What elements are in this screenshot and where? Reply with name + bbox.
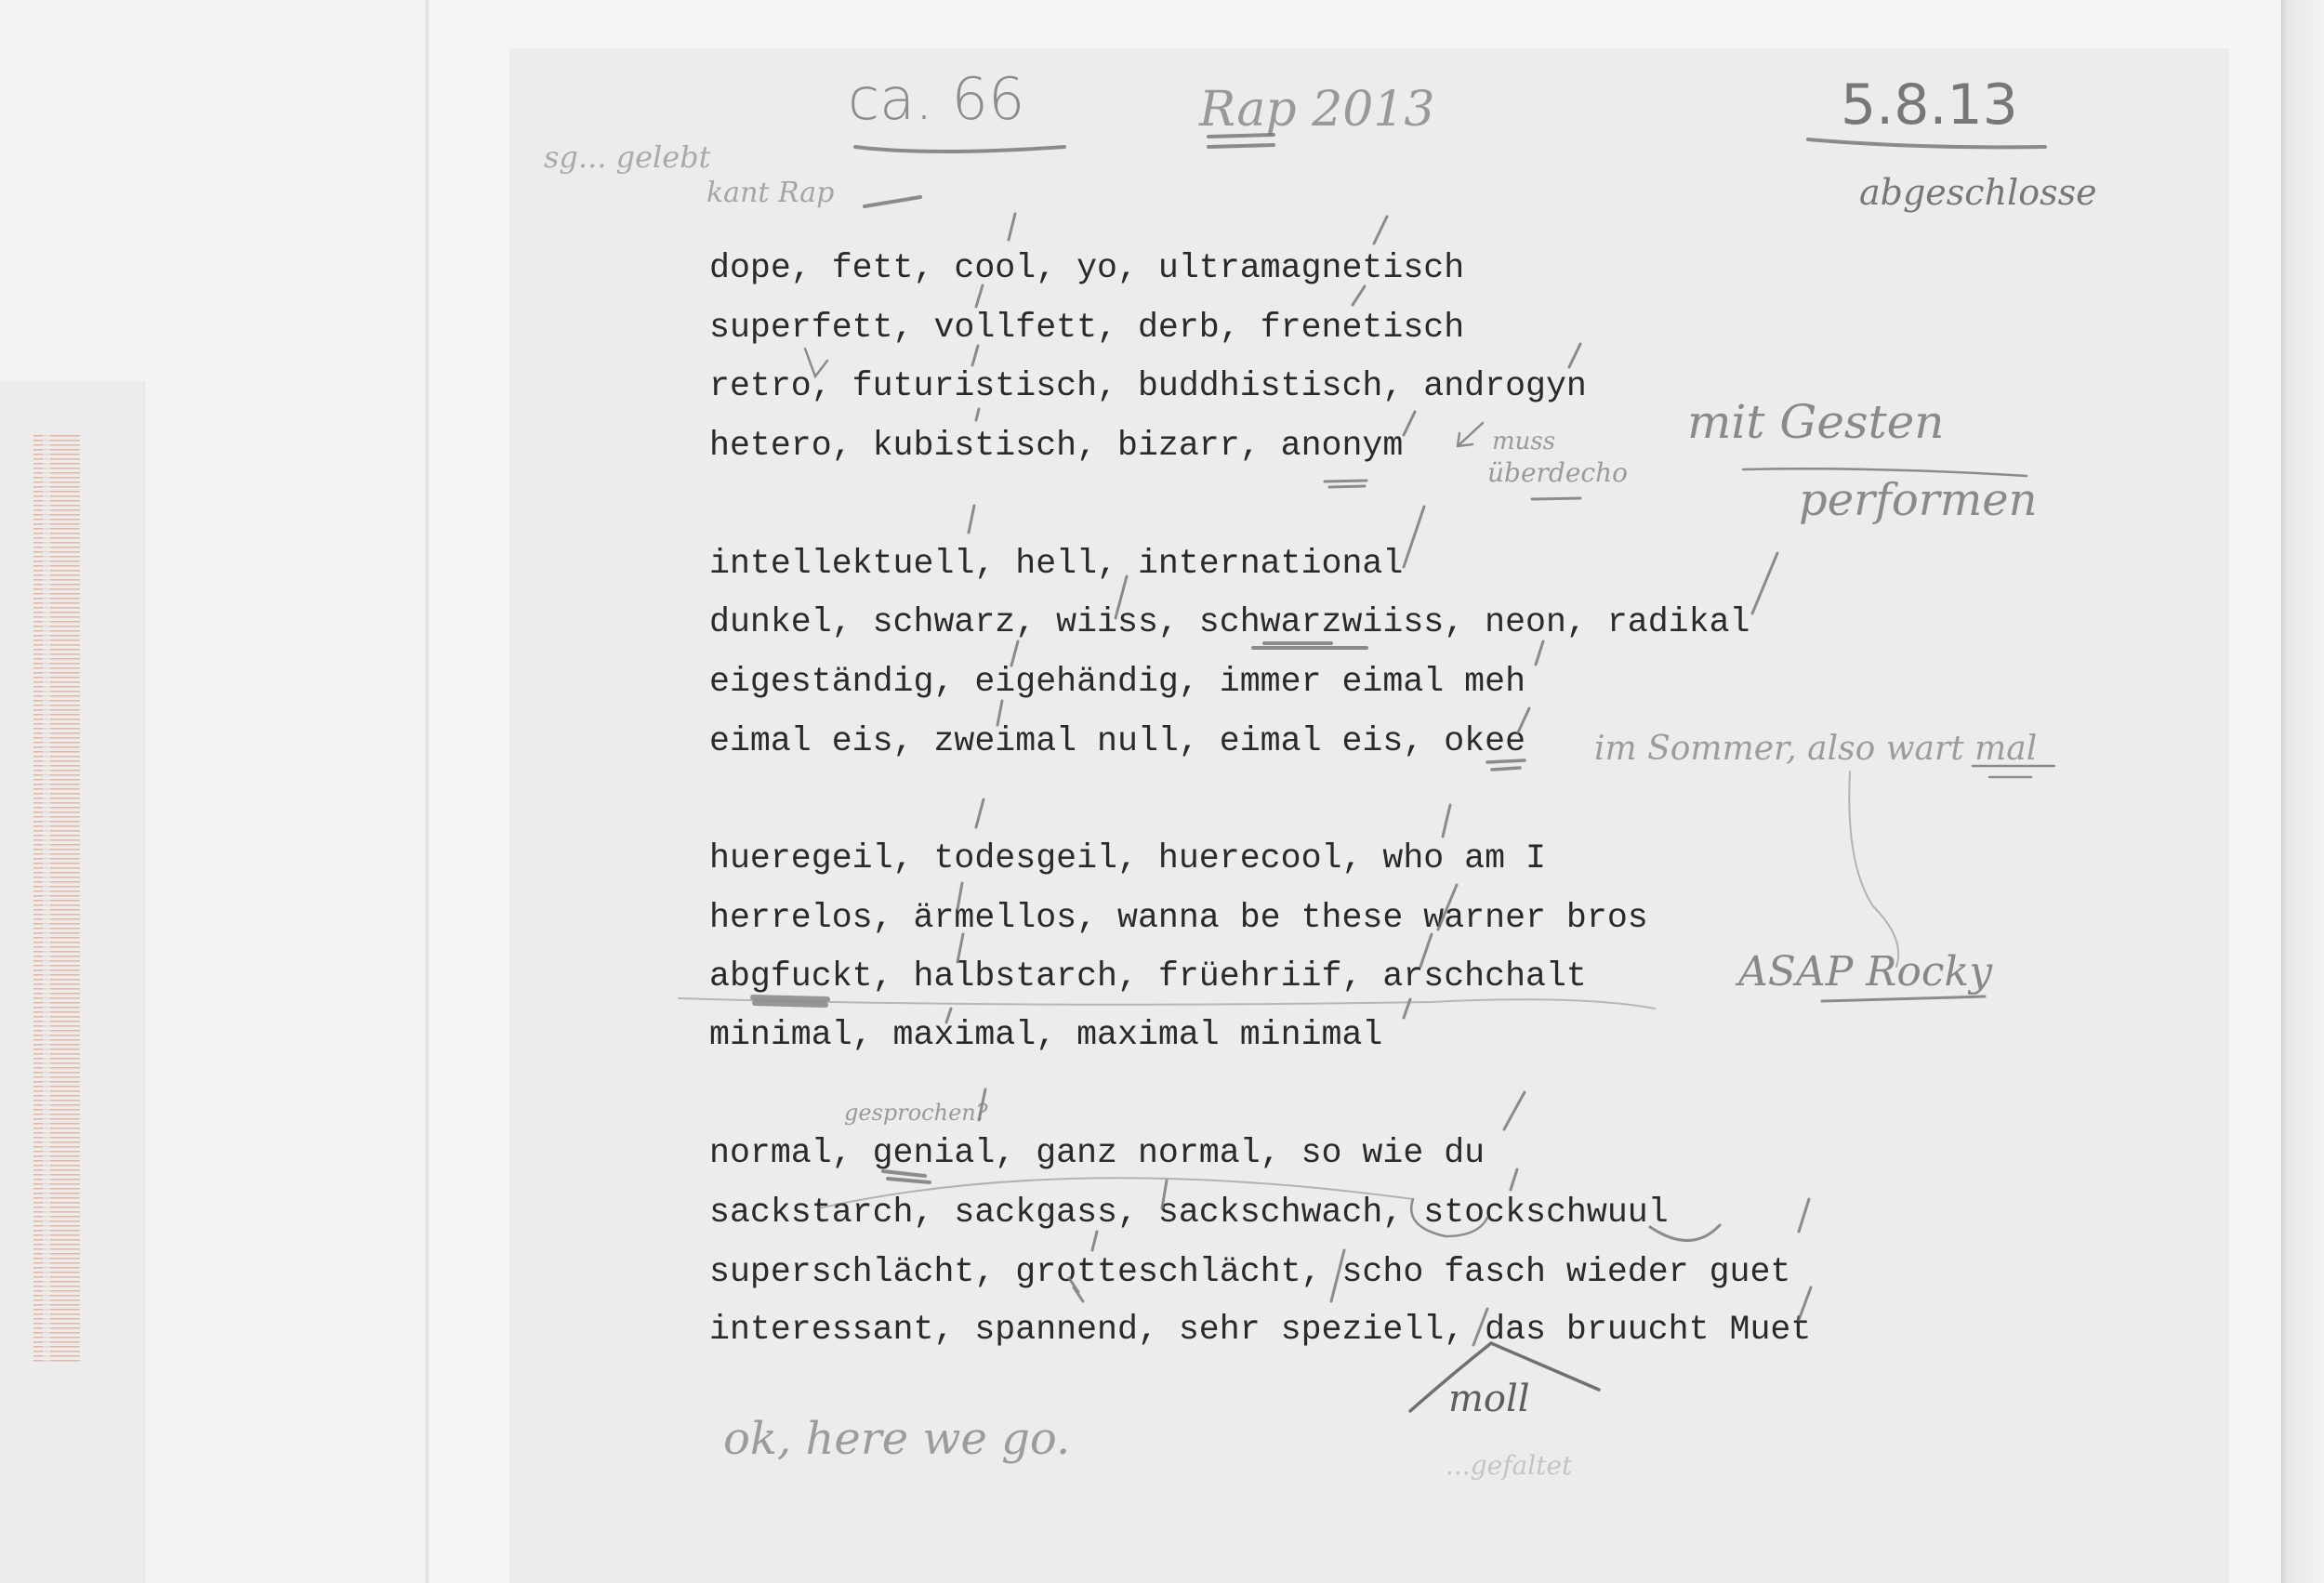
lyric-line: normal, genial, ganz normal, so wie du xyxy=(709,1135,1485,1172)
note-faint-bottom: ...gefaltet xyxy=(1446,1450,1572,1481)
note-ok-here-we-go: ok, here we go. xyxy=(723,1413,1070,1465)
note-left-1: sg... gelebt xyxy=(544,139,711,175)
note-ueberdecho: überdecho xyxy=(1487,457,1628,488)
lyric-line: retro, futuristisch, buddhistisch, andro… xyxy=(709,368,1587,405)
lyric-line: dope, fett, cool, yo, ultramagnetisch xyxy=(709,250,1464,287)
lyrics-block: dope, fett, cool, yo, ultramagnetisch su… xyxy=(709,0,750,762)
note-im-sommer: im Sommer, also wart mal xyxy=(1594,730,2037,768)
note-project: Rap 2013 xyxy=(1199,82,1435,138)
note-gesprochen: gesprochen? xyxy=(844,1100,988,1126)
lyric-line: minimal, maximal, maximal minimal xyxy=(709,1017,1382,1054)
left-insert-sheet xyxy=(0,381,145,1583)
note-mit-gesten: mit Gesten xyxy=(1687,395,1944,449)
lyric-line: interessant, spannend, sehr speziell, da… xyxy=(709,1312,1811,1349)
lyric-line: sackstarch, sackgass, sackschwach, stock… xyxy=(709,1194,1669,1232)
lyric-line: hueregeil, todesgeil, huerecool, who am … xyxy=(709,840,1546,877)
note-status: abgeschlosse xyxy=(1859,172,2097,213)
note-asap-rocky: ASAP Rocky xyxy=(1738,948,1992,996)
note-performen: performen xyxy=(1799,474,2038,526)
left-page xyxy=(0,0,428,1583)
lyric-line: eimal eis, zweimal null, eimal eis, okee xyxy=(709,723,1525,760)
lyric-line: dunkel, schwarz, wiiss, schwarzwiiss, ne… xyxy=(709,604,1750,641)
note-duration: ca. 66 xyxy=(848,65,1024,133)
orange-text-strip xyxy=(33,435,80,1365)
note-muss: muss xyxy=(1492,428,1555,455)
lyric-line: eigeständig, eigehändig, immer eimal meh xyxy=(709,664,1525,701)
lyric-line: hetero, kubistisch, bizarr, anonym xyxy=(709,428,1403,465)
note-moll: moll xyxy=(1448,1378,1530,1420)
lyric-line: superschlächt, grotteschlächt, scho fasc… xyxy=(709,1254,1790,1291)
note-date: 5.8.13 xyxy=(1841,73,2018,138)
page-edge-shadow xyxy=(2281,0,2324,1583)
lyric-line: superfett, vollfett, derb, frenetisch xyxy=(709,310,1464,347)
lyric-line: herrelos, ärmellos, wanna be these warne… xyxy=(709,900,1648,937)
lyric-line: abgfuckt, halbstarch, früehriif, arschch… xyxy=(709,958,1587,996)
lyric-line: intellektuell, hell, international xyxy=(709,546,1403,583)
